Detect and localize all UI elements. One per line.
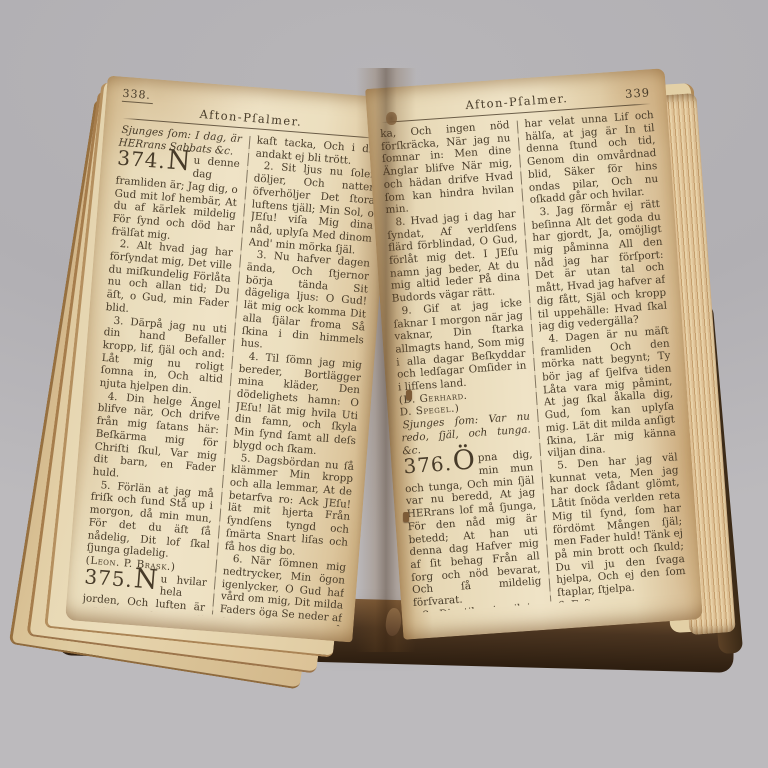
hymn-verse: 5. Dagsbördan nu ſå klämmer Min kropp oc… <box>224 451 354 562</box>
binding-thread-mark <box>403 512 409 522</box>
hymn-verse: 3. Jag förmår ej rätt beſinna Alt det go… <box>530 198 668 334</box>
hymn-verse: 5. Den har jag väl kunnat veta, Men jag … <box>548 451 687 599</box>
right-page: Afton-Pſalmer. 339 ka, Och ingen nöd för… <box>365 68 703 640</box>
right-running-title: Afton-Pſalmer. <box>465 91 569 112</box>
left-page-columns: Sjunges ſom: I dag, är HERrans Sabbats &… <box>82 124 379 627</box>
hymn-opening: 375.Nu hvilar hela jorden, Och luften är… <box>82 567 207 616</box>
hymn-opening: 374.Nu denne dag framliden är; Jag dig, … <box>111 149 240 247</box>
left-page-number: 338. <box>122 87 154 104</box>
right-page-column-1: ka, Och ingen nöd förſkräcka, När jag nu… <box>380 119 543 613</box>
hymn-opening: 376.Öpna dig, min mun och tunga, Och min… <box>403 449 543 610</box>
hymn-verse: 5. Förlän at jag må friſk och ſund Stå u… <box>86 478 214 564</box>
hymn-verse: 3. Nu hafver dagen ända, Och ſtjernor bö… <box>240 248 370 359</box>
gutter-top-notch <box>386 112 397 125</box>
photo-backdrop: 338. Afton-Pſalmer. Sjunges ſom: I dag, … <box>0 0 768 768</box>
right-page-columns: ka, Och ingen nöd förſkräcka, När jag nu… <box>380 109 687 613</box>
hymn-number-and-initial: 376.Ö <box>403 455 476 478</box>
verse-continuation: ka, Och ingen nöd förſkräcka, När jag nu… <box>380 119 515 217</box>
hymn-verse: 6. När ſömnen mig nedtrycker, Min ögon i… <box>219 552 346 626</box>
hymn-verse: 8. Hvad jag i dag har ſyndat, Af verldſe… <box>386 208 521 306</box>
hymn-verse: 2. Sit ljus nu ſolen döljer, Och natten … <box>248 160 377 258</box>
hymn-verse: 4. Til ſömn jag mig bereder, Bortlägger … <box>232 350 362 461</box>
hymn-verse: 9. Gif at jag icke ſaknar I morgon när j… <box>392 297 527 395</box>
hymn-verse: 2. Alt hvad jag har förſyndat mig, Det v… <box>105 238 233 324</box>
hymn-number-and-initial: 374.N <box>117 151 191 174</box>
right-page-number: 339 <box>625 85 653 102</box>
left-page-surface: 338. Afton-Pſalmer. Sjunges ſom: I dag, … <box>65 76 395 643</box>
binding-thread-mark <box>406 390 412 400</box>
hymn-verse: 4. Din helge Ängel blifve när, Och drifv… <box>92 390 221 488</box>
open-book: 338. Afton-Pſalmer. Sjunges ſom: I dag, … <box>56 64 732 680</box>
left-page: 338. Afton-Pſalmer. Sjunges ſom: I dag, … <box>65 76 395 643</box>
right-page-column-2: har velat unna Lif och hälſa, at jag är … <box>524 109 687 603</box>
left-page-column-1: Sjunges ſom: I dag, är HERrans Sabbats &… <box>82 124 242 616</box>
hymn-verse: 4. Dagen är nu mäſt framliden Och den mö… <box>539 325 677 461</box>
hymn-verse: 3. Därpå jag nu uti din hand Befaller kr… <box>99 314 227 400</box>
verse-continuation: har velat unna Lif och hälſa, at jag är … <box>524 109 659 207</box>
right-page-surface: Afton-Pſalmer. 339 ka, Och ingen nöd för… <box>365 68 703 640</box>
hymn-number-and-initial: 375.N <box>84 569 158 592</box>
